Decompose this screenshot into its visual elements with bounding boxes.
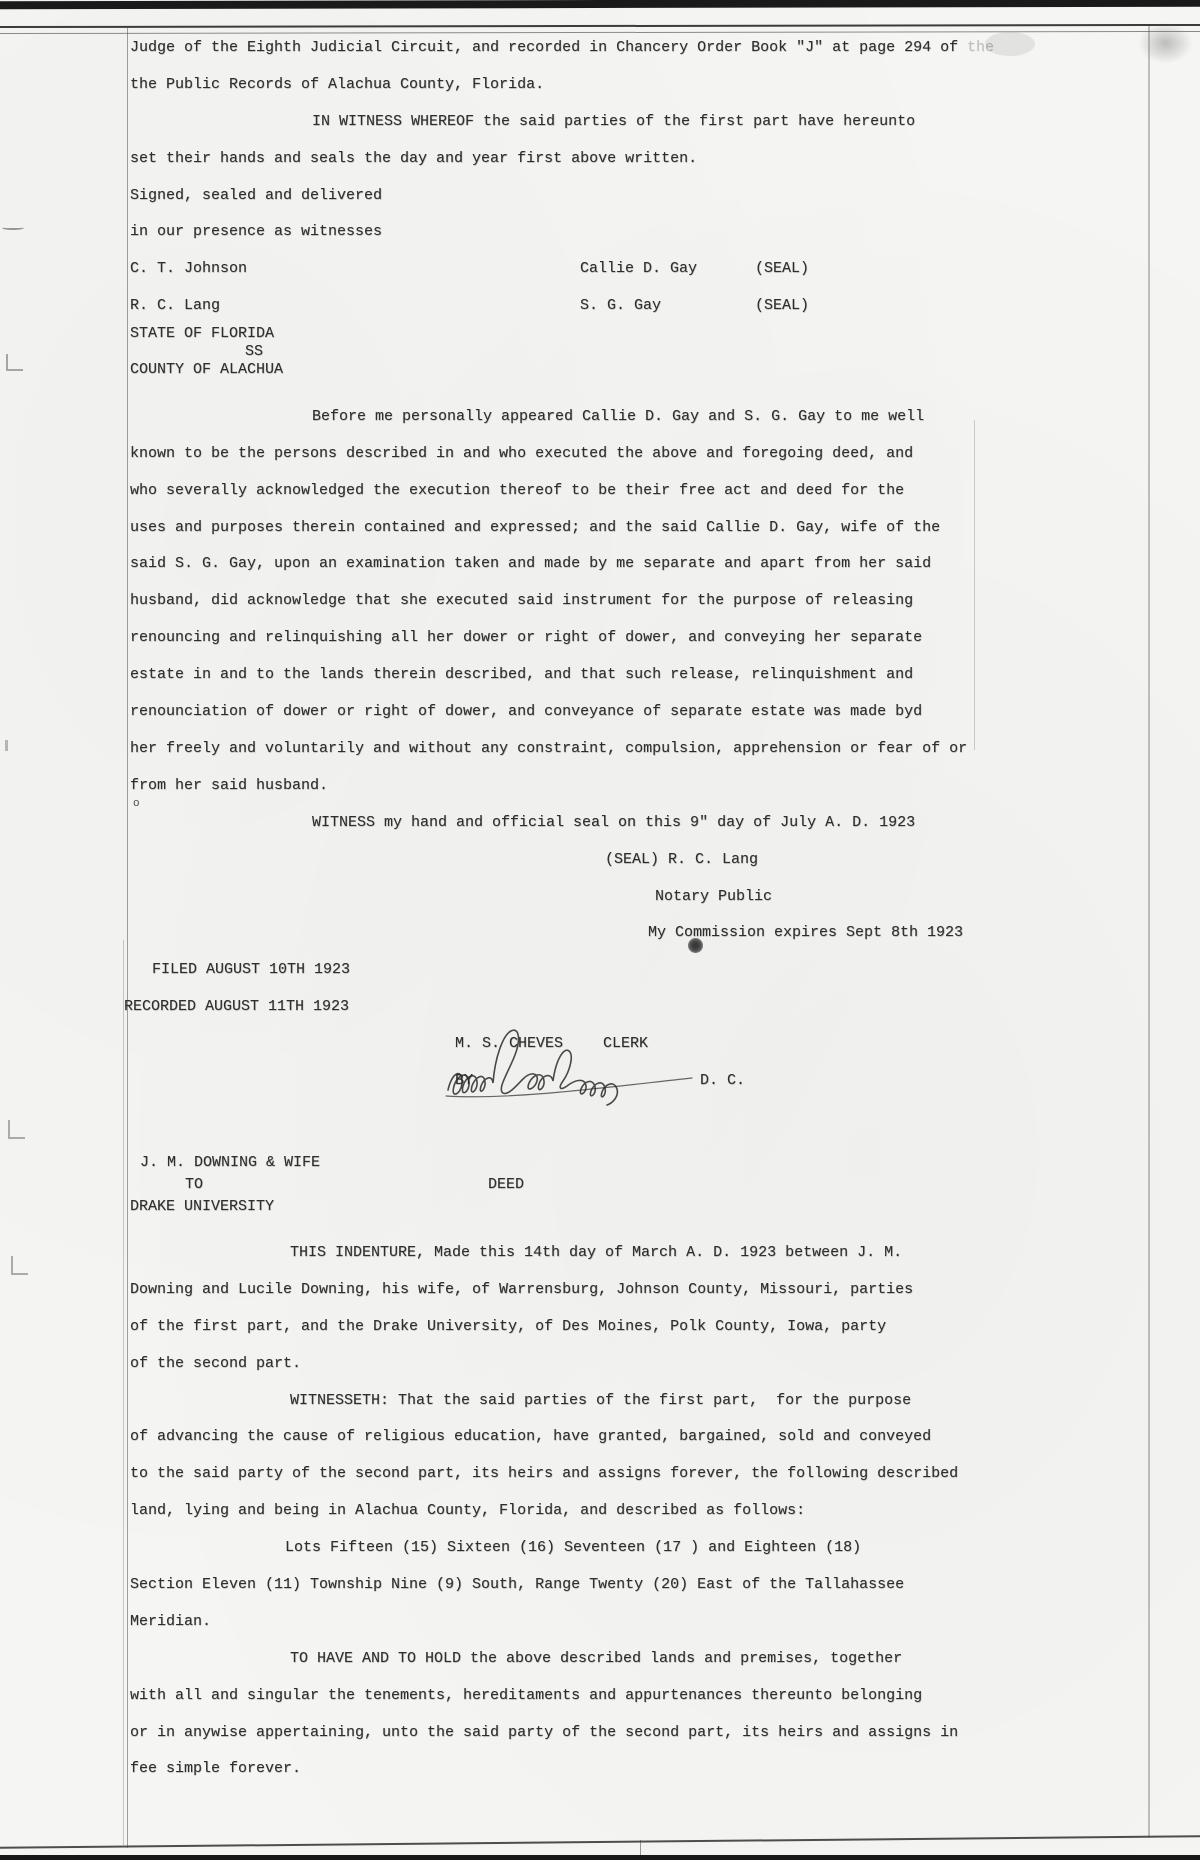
scan-edge-top <box>0 0 1200 9</box>
typed-line: Notary Public <box>130 879 1030 916</box>
margin-pencil-mark <box>5 740 8 751</box>
page-bottom-rule <box>0 1835 1200 1849</box>
second-deed-body: THIS INDENTURE, Made this 14th day of Ma… <box>130 1235 1030 1788</box>
typed-text: STATE OF FLORIDA <box>130 325 1030 343</box>
typed-line: Signed, sealed and delivered <box>130 178 1030 215</box>
grantor-name: J. M. DOWNING & WIFE <box>130 1152 1030 1174</box>
faded-text: the <box>967 30 994 67</box>
stray-mark: o <box>133 798 140 810</box>
typed-line: set their hands and seals the day and ye… <box>130 141 1030 178</box>
typed-line: with all and singular the tenements, her… <box>130 1678 1030 1715</box>
typed-line: (SEAL) R. C. Lang <box>130 842 1030 879</box>
typed-line: fee simple forever. <box>130 1751 1030 1788</box>
typed-line: of the first part, and the Drake Univers… <box>130 1309 1030 1346</box>
typed-line: STATE OF FLORIDASSCOUNTY OF ALACHUA <box>130 325 1030 399</box>
to-label: TO <box>185 1174 203 1196</box>
typed-text: SS <box>130 343 1030 361</box>
typed-line: C. T. JohnsonCallie D. Gay(SEAL) <box>130 251 1030 288</box>
typed-line: IN WITNESS WHEREOF the said parties of t… <box>130 104 1030 141</box>
typed-line: WITNESS my hand and official seal on thi… <box>130 805 1030 842</box>
typed-line: TODEED <box>130 1174 1030 1196</box>
grantee-name: DRAKE UNIVERSITY <box>130 1196 1030 1218</box>
scanned-deed-record-page: Judge of the Eighth Judicial Circuit, an… <box>0 0 1200 1860</box>
typed-line: known to be the persons described in and… <box>130 436 1030 473</box>
margin-pencil-mark <box>8 1120 25 1139</box>
seal-label: (SEAL) <box>755 251 809 288</box>
typed-line: estate in and to the lands therein descr… <box>130 657 1030 694</box>
scan-edge-bottom <box>0 1855 1200 1860</box>
typed-line: R. C. LangS. G. Gay(SEAL) <box>130 288 1030 325</box>
typed-line: renouncing and relinquishing all her dow… <box>130 620 1030 657</box>
seal-label: (SEAL) <box>755 288 809 325</box>
typed-line: who severally acknowledged the execution… <box>130 473 1030 510</box>
second-deed-caption: J. M. DOWNING & WIFETODEEDDRAKE UNIVERSI… <box>130 1152 1030 1218</box>
signer-name: S. G. Gay <box>580 288 661 325</box>
typed-line: or in anywise appertaining, unto the sai… <box>130 1715 1030 1752</box>
margin-pencil-mark <box>11 1256 28 1275</box>
typed-line: Judge of the Eighth Judicial Circuit, an… <box>130 30 1030 67</box>
typed-line: My Commission expires Sept 8th 1923 <box>130 915 1030 952</box>
witness-name: C. T. Johnson <box>130 251 247 288</box>
typed-line: in our presence as witnesses <box>130 214 1030 251</box>
left-margin-rule <box>127 28 128 1848</box>
typed-line: the Public Records of Alachua County, Fl… <box>130 67 1030 104</box>
typed-line: WITNESSETH: That the said parties of the… <box>130 1383 1030 1420</box>
typed-line: THIS INDENTURE, Made this 14th day of Ma… <box>130 1235 1030 1272</box>
typed-line: uses and purposes therein contained and … <box>130 510 1030 547</box>
typed-line: land, lying and being in Alachua County,… <box>130 1493 1030 1530</box>
right-margin-rule <box>1148 26 1150 1838</box>
typed-line: Lots Fifteen (15) Sixteen (16) Seventeen… <box>130 1530 1030 1567</box>
typed-line: from her said husband. <box>130 768 1030 805</box>
margin-pencil-mark <box>2 224 24 230</box>
notary-seal-stamp <box>688 938 703 953</box>
typed-line: husband, did acknowledge that she execut… <box>130 583 1030 620</box>
typed-line: Meridian. <box>130 1604 1030 1641</box>
witness-name: R. C. Lang <box>130 288 220 325</box>
first-deed-closing-section: Judge of the Eighth Judicial Circuit, an… <box>130 30 1030 1100</box>
typed-line: said S. G. Gay, upon an examination take… <box>130 546 1030 583</box>
clerk-signature <box>440 1020 720 1120</box>
left-margin-rule-secondary <box>123 940 124 1845</box>
margin-pencil-mark <box>6 354 23 371</box>
typed-text: COUNTY OF ALACHUA <box>130 361 1030 379</box>
typed-line: Section Eleven (11) Township Nine (9) So… <box>130 1567 1030 1604</box>
typed-line: of advancing the cause of religious educ… <box>130 1419 1030 1456</box>
typed-line: her freely and voluntarily and without a… <box>130 731 1030 768</box>
typed-line: Downing and Lucile Downing, his wife, of… <box>130 1272 1030 1309</box>
typed-line: Before me personally appeared Callie D. … <box>130 399 1030 436</box>
signer-name: Callie D. Gay <box>580 251 697 288</box>
document-type: DEED <box>488 1174 524 1196</box>
filed-stamp: FILED AUGUST 10TH 1923 <box>130 952 1030 989</box>
typed-line: of the second part. <box>130 1346 1030 1383</box>
typed-line: TO HAVE AND TO HOLD the above described … <box>130 1641 1030 1678</box>
typed-line: renounciation of dower or right of dower… <box>130 694 1030 731</box>
scan-stain <box>1138 22 1193 64</box>
typed-line: to the said party of the second part, it… <box>130 1456 1030 1493</box>
body-text: Judge of the Eighth Judicial Circuit, an… <box>130 30 958 67</box>
